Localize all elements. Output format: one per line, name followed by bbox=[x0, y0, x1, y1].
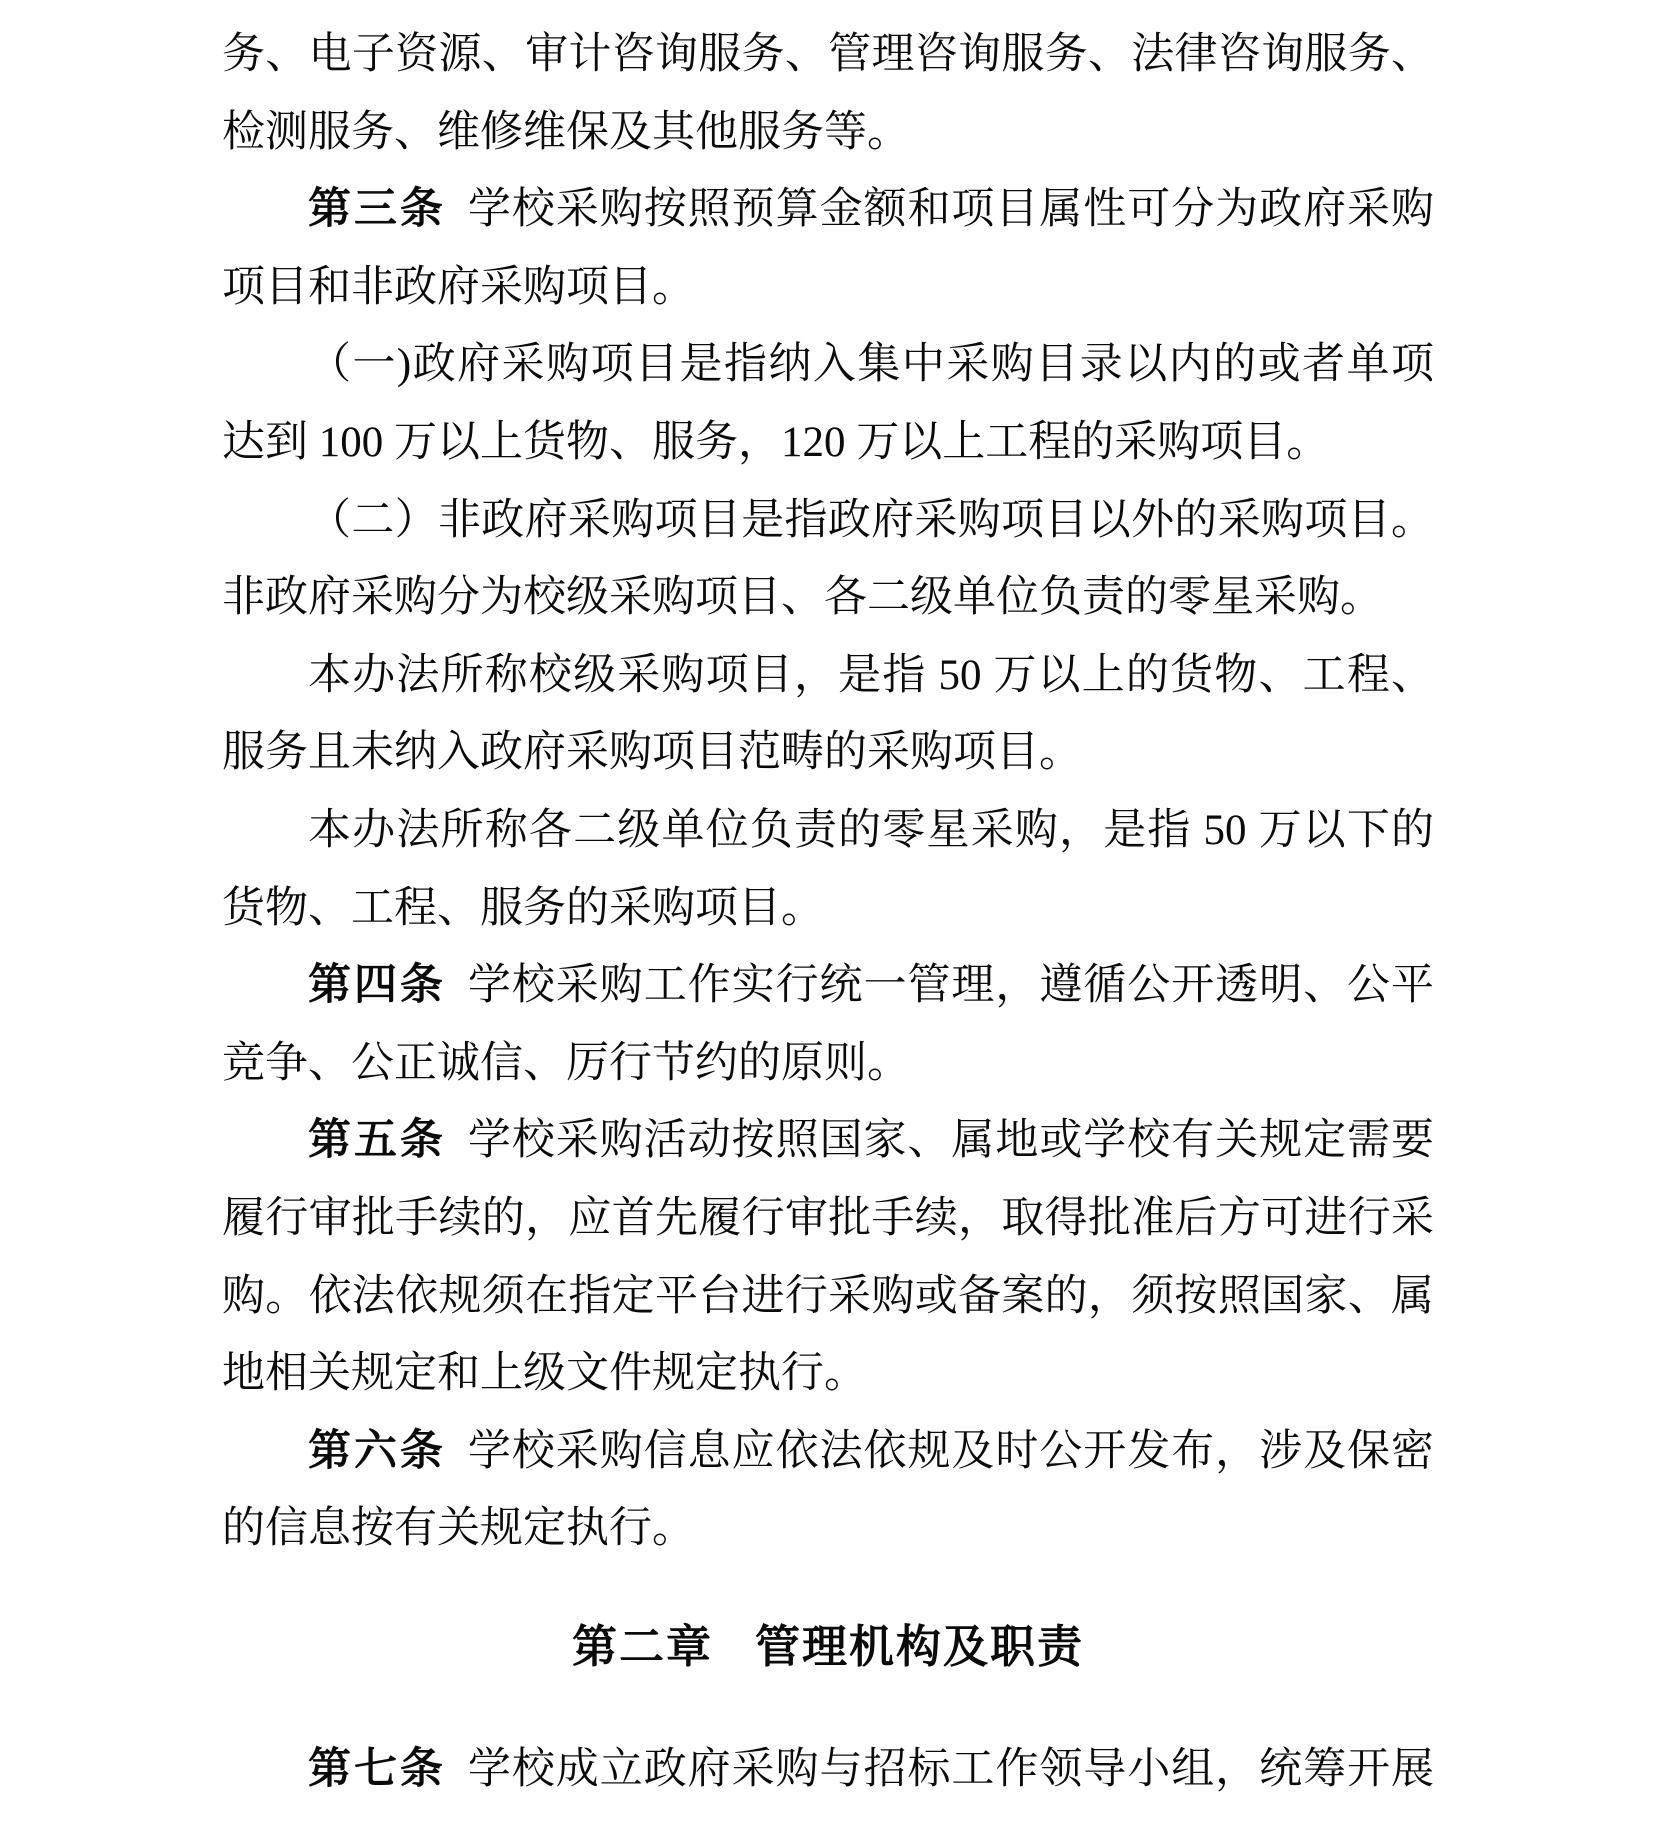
doc-line: 本办法所称校级采购项目，是指 50 万以上的货物、工程、 bbox=[222, 637, 1434, 715]
doc-line: 服务且未纳入政府采购项目范畴的采购项目。 bbox=[222, 714, 1434, 792]
line-text: 项目和非政府采购项目。 bbox=[222, 264, 695, 311]
doc-line: 检测服务、维修维保及其他服务等。 bbox=[222, 94, 1434, 172]
line-text: 学校采购按照预算金额和项目属性可分为政府采购 bbox=[468, 186, 1434, 233]
chapter-title: 管理机构及职责 bbox=[755, 1621, 1084, 1672]
article-label: 第六条 bbox=[308, 1427, 446, 1475]
line-text: 服务且未纳入政府采购项目范畴的采购项目。 bbox=[222, 729, 1082, 776]
doc-line: 购。依法依规须在指定平台进行采购或备案的，须按照国家、属 bbox=[222, 1258, 1434, 1336]
doc-line: 第七条学校成立政府采购与招标工作领导小组，统筹开展 bbox=[222, 1731, 1434, 1809]
doc-line: 履行审批手续的，应首先履行审批手续，取得批准后方可进行采 bbox=[222, 1180, 1434, 1258]
doc-line: （一)政府采购项目是指纳入集中采购目录以内的或者单项 bbox=[222, 326, 1434, 404]
article-label: 第四条 bbox=[308, 961, 446, 1009]
doc-line: 务、电子资源、审计咨询服务、管理咨询服务、法律咨询服务、 bbox=[222, 16, 1434, 94]
line-text: 务、电子资源、审计咨询服务、管理咨询服务、法律咨询服务、 bbox=[222, 31, 1434, 78]
line-text: 检测服务、维修维保及其他服务等。 bbox=[222, 109, 910, 156]
doc-line: 第三条学校采购按照预算金额和项目属性可分为政府采购 bbox=[222, 171, 1434, 249]
line-text: 的信息按有关规定执行。 bbox=[222, 1505, 695, 1552]
line-text: 学校采购信息应依法依规及时公开发布，涉及保密 bbox=[468, 1428, 1434, 1475]
doc-line: 达到 100 万以上货物、服务，120 万以上工程的采购项目。 bbox=[222, 404, 1434, 482]
line-text: 学校采购活动按照国家、属地或学校有关规定需要 bbox=[468, 1117, 1434, 1164]
article-label: 第五条 bbox=[308, 1116, 446, 1164]
doc-line: 第四条学校采购工作实行统一管理，遵循公开透明、公平 bbox=[222, 947, 1434, 1025]
doc-line: 竞争、公正诚信、厉行节约的原则。 bbox=[222, 1025, 1434, 1103]
doc-line: 第五条学校采购活动按照国家、属地或学校有关规定需要 bbox=[222, 1102, 1434, 1180]
line-text: （二）非政府采购项目是指政府采购项目以外的采购项目。 bbox=[308, 497, 1434, 544]
doc-line: 本办法所称各二级单位负责的零星采购，是指 50 万以下的 bbox=[222, 792, 1434, 870]
article-label: 第七条 bbox=[308, 1745, 446, 1793]
line-text: 竞争、公正诚信、厉行节约的原则。 bbox=[222, 1040, 910, 1087]
line-text: 购。依法依规须在指定平台进行采购或备案的，须按照国家、属 bbox=[222, 1273, 1434, 1320]
doc-line: 货物、工程、服务的采购项目。 bbox=[222, 870, 1434, 948]
chapter-number: 第二章 bbox=[572, 1621, 713, 1672]
doc-line: 项目和非政府采购项目。 bbox=[222, 249, 1434, 327]
doc-line: 非政府采购分为校级采购项目、各二级单位负责的零星采购。 bbox=[222, 559, 1434, 637]
doc-line: 地相关规定和上级文件规定执行。 bbox=[222, 1335, 1434, 1413]
doc-line: 第六条学校采购信息应依法依规及时公开发布，涉及保密 bbox=[222, 1413, 1434, 1491]
line-text: 地相关规定和上级文件规定执行。 bbox=[222, 1350, 867, 1397]
line-text: 非政府采购分为校级采购项目、各二级单位负责的零星采购。 bbox=[222, 574, 1383, 621]
line-text: 货物、工程、服务的采购项目。 bbox=[222, 885, 824, 932]
line-text: （一)政府采购项目是指纳入集中采购目录以内的或者单项 bbox=[308, 341, 1434, 388]
doc-line: 的信息按有关规定执行。 bbox=[222, 1490, 1434, 1568]
line-text: 履行审批手续的，应首先履行审批手续，取得批准后方可进行采 bbox=[222, 1195, 1434, 1242]
line-text: 达到 100 万以上货物、服务，120 万以上工程的采购项目。 bbox=[222, 419, 1329, 466]
document-page: { "page": { "background": "#ffffff", "te… bbox=[0, 0, 1654, 1840]
article-label: 第三条 bbox=[308, 185, 446, 233]
text-block: 务、电子资源、审计咨询服务、管理咨询服务、法律咨询服务、 检测服务、维修维保及其… bbox=[222, 16, 1434, 1809]
line-text: 学校采购工作实行统一管理，遵循公开透明、公平 bbox=[468, 962, 1434, 1009]
line-text: 学校成立政府采购与招标工作领导小组，统筹开展 bbox=[468, 1746, 1434, 1793]
doc-line: （二）非政府采购项目是指政府采购项目以外的采购项目。 bbox=[222, 482, 1434, 560]
line-text: 本办法所称各二级单位负责的零星采购，是指 50 万以下的 bbox=[308, 807, 1434, 854]
line-text: 本办法所称校级采购项目，是指 50 万以上的货物、工程、 bbox=[308, 652, 1434, 699]
chapter-heading: 第二章管理机构及职责 bbox=[222, 1608, 1434, 1686]
